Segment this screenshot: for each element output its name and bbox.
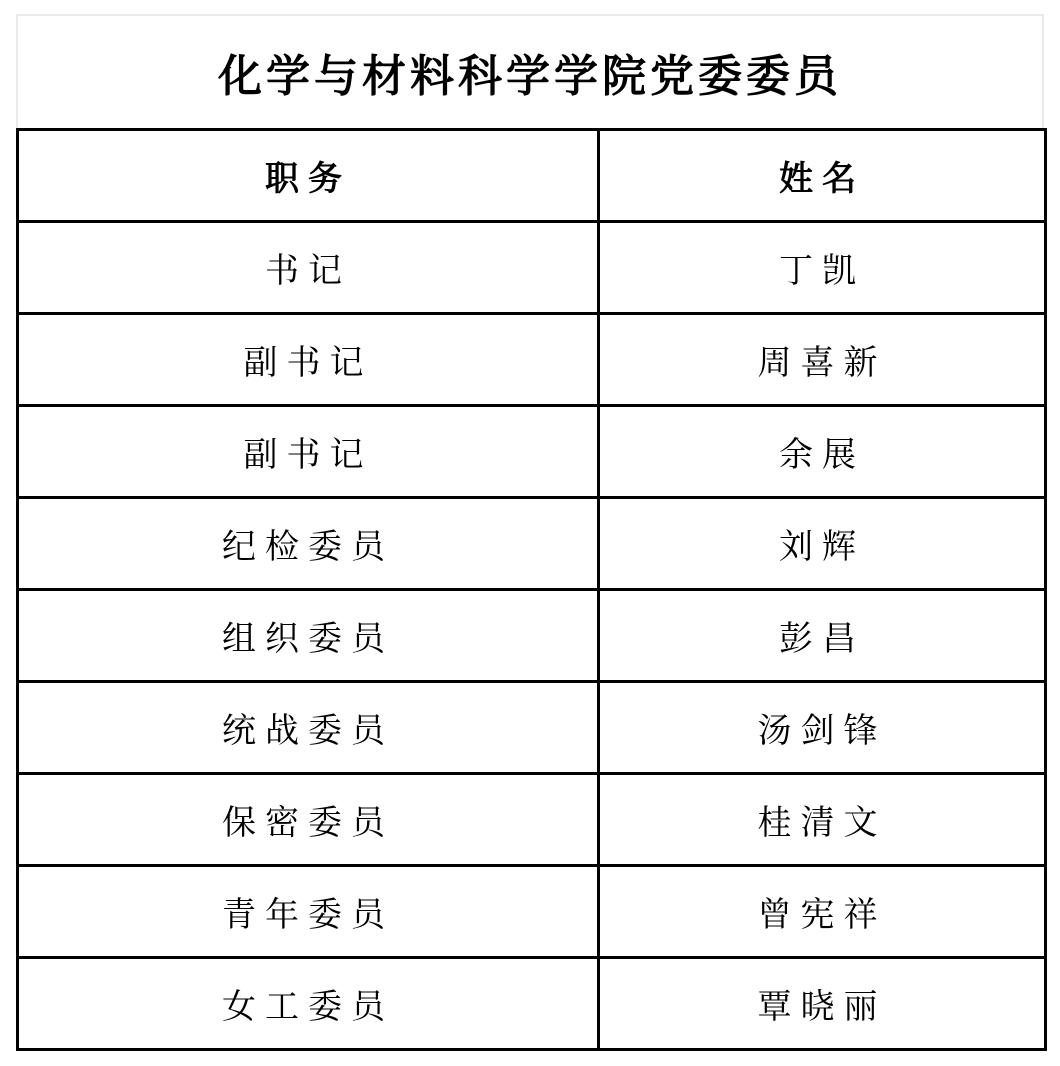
header-row: 职务 姓名 [18,130,1046,222]
cell-position: 书记 [18,222,599,314]
table-row: 统战委员 汤剑锋 [18,682,1046,774]
cell-name: 余展 [599,406,1046,498]
cell-position: 青年委员 [18,866,599,958]
cell-name: 桂清文 [599,774,1046,866]
cell-name: 丁凯 [599,222,1046,314]
table-row: 青年委员 曾宪祥 [18,866,1046,958]
table-row: 书记 丁凯 [18,222,1046,314]
cell-name: 彭昌 [599,590,1046,682]
cell-position: 组织委员 [18,590,599,682]
cell-position: 副书记 [18,314,599,406]
cell-name: 刘辉 [599,498,1046,590]
table-title: 化学与材料科学学院党委委员 [218,40,842,104]
column-header-name: 姓名 [599,130,1046,222]
cell-position: 纪检委员 [18,498,599,590]
committee-table: 职务 姓名 书记 丁凯 副书记 周喜新 副书记 余展 纪检委员 刘辉 组织委员 [16,128,1047,1051]
table-row: 副书记 周喜新 [18,314,1046,406]
table-row: 纪检委员 刘辉 [18,498,1046,590]
cell-name: 汤剑锋 [599,682,1046,774]
table-title-box: 化学与材料科学学院党委委员 [16,14,1044,128]
cell-position: 保密委员 [18,774,599,866]
cell-name: 覃晓丽 [599,958,1046,1050]
column-header-position: 职务 [18,130,599,222]
cell-name: 周喜新 [599,314,1046,406]
table-row: 女工委员 覃晓丽 [18,958,1046,1050]
table-row: 保密委员 桂清文 [18,774,1046,866]
document-sheet: 化学与材料科学学院党委委员 职务 姓名 书记 丁凯 副书记 周喜新 副书记 余展 [16,14,1044,1051]
table-row: 副书记 余展 [18,406,1046,498]
cell-position: 统战委员 [18,682,599,774]
cell-name: 曾宪祥 [599,866,1046,958]
cell-position: 女工委员 [18,958,599,1050]
cell-position: 副书记 [18,406,599,498]
table-row: 组织委员 彭昌 [18,590,1046,682]
